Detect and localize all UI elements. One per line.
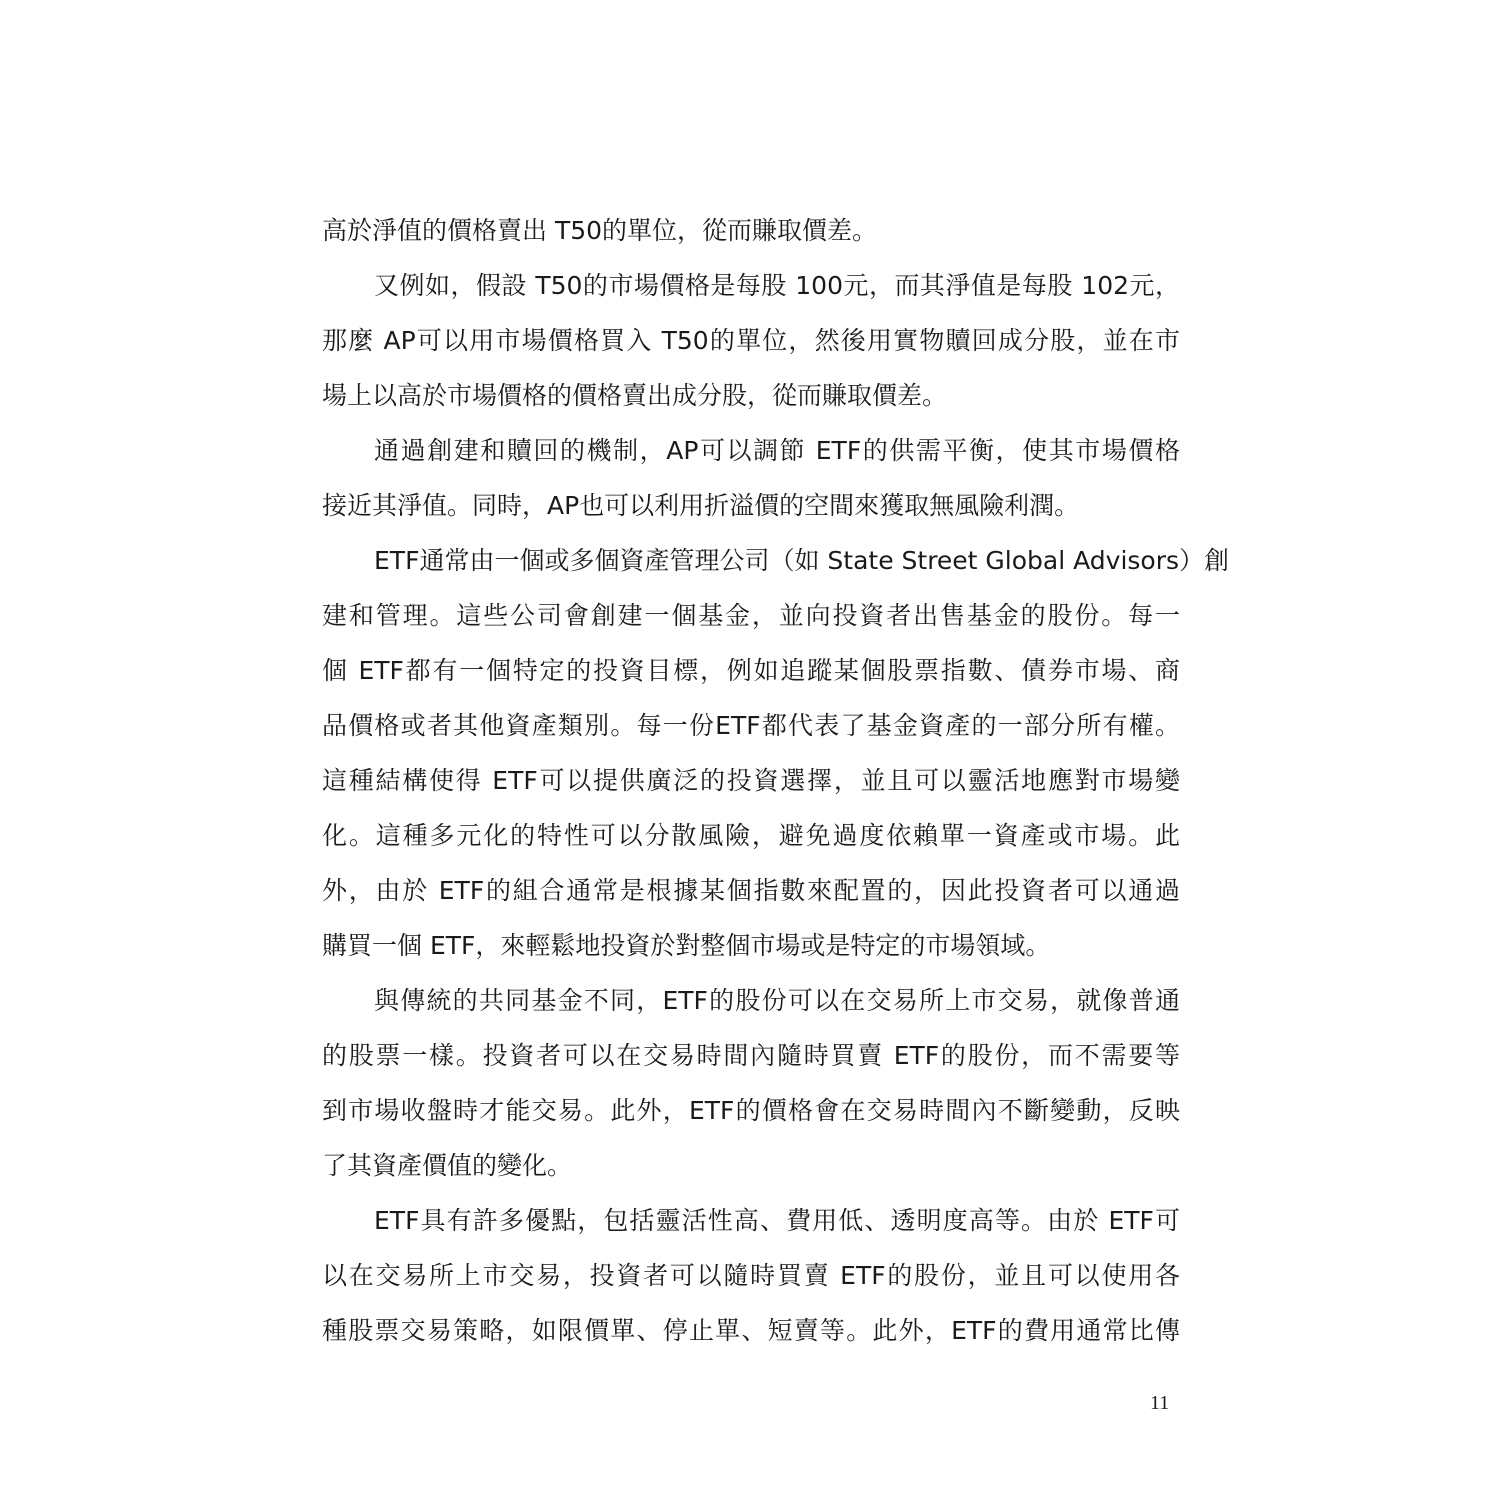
text-line: 通過創建和贖回的機制，AP可以調節 ETF的供需平衡，使其市場價格 — [322, 428, 1180, 483]
text-line: 又例如，假設 T50的市場價格是每股 100元，而其淨值是每股 102元， — [322, 263, 1180, 318]
text-line: 接近其淨值。同時，AP也可以利用折溢價的空間來獲取無風險利潤。 — [322, 483, 1180, 538]
text-line: 了其資產價值的變化。 — [322, 1143, 1180, 1198]
text-line: 高於淨值的價格賣出 T50的單位，從而賺取價差。 — [322, 208, 1180, 263]
document-page: 高於淨值的價格賣出 T50的單位，從而賺取價差。 又例如，假設 T50的市場價格… — [0, 0, 1500, 1500]
text-line: 的股票一樣。投資者可以在交易時間內隨時買賣 ETF的股份，而不需要等 — [322, 1033, 1180, 1088]
body-text: 高於淨值的價格賣出 T50的單位，從而賺取價差。 又例如，假設 T50的市場價格… — [322, 208, 1180, 1363]
text-line: 種股票交易策略，如限價單、停止單、短賣等。此外，ETF的費用通常比傳 — [322, 1308, 1180, 1363]
text-line: 外，由於 ETF的組合通常是根據某個指數來配置的，因此投資者可以通過 — [322, 868, 1180, 923]
text-line: ETF具有許多優點，包括靈活性高、費用低、透明度高等。由於 ETF可 — [322, 1198, 1180, 1253]
text-line: 那麼 AP可以用市場價格買入 T50的單位，然後用實物贖回成分股，並在市 — [322, 318, 1180, 373]
text-line: 化。這種多元化的特性可以分散風險，避免過度依賴單一資產或市場。此 — [322, 813, 1180, 868]
text-line: 這種結構使得 ETF可以提供廣泛的投資選擇，並且可以靈活地應對市場變 — [322, 758, 1180, 813]
text-line: ETF通常由一個或多個資產管理公司（如 State Street Global … — [322, 538, 1180, 593]
text-line: 個 ETF都有一個特定的投資目標，例如追蹤某個股票指數、債券市場、商 — [322, 648, 1180, 703]
text-line: 到市場收盤時才能交易。此外，ETF的價格會在交易時間內不斷變動，反映 — [322, 1088, 1180, 1143]
text-line: 品價格或者其他資產類別。每一份ETF都代表了基金資產的一部分所有權。 — [322, 703, 1180, 758]
text-line: 與傳統的共同基金不同，ETF的股份可以在交易所上市交易，就像普通 — [322, 978, 1180, 1033]
text-line: 購買一個 ETF，來輕鬆地投資於對整個市場或是特定的市場領域。 — [322, 923, 1180, 978]
page-number: 11 — [1150, 1392, 1190, 1415]
text-line: 場上以高於市場價格的價格賣出成分股，從而賺取價差。 — [322, 373, 1180, 428]
text-line: 建和管理。這些公司會創建一個基金，並向投資者出售基金的股份。每一 — [322, 593, 1180, 648]
text-line: 以在交易所上市交易，投資者可以隨時買賣 ETF的股份，並且可以使用各 — [322, 1253, 1180, 1308]
